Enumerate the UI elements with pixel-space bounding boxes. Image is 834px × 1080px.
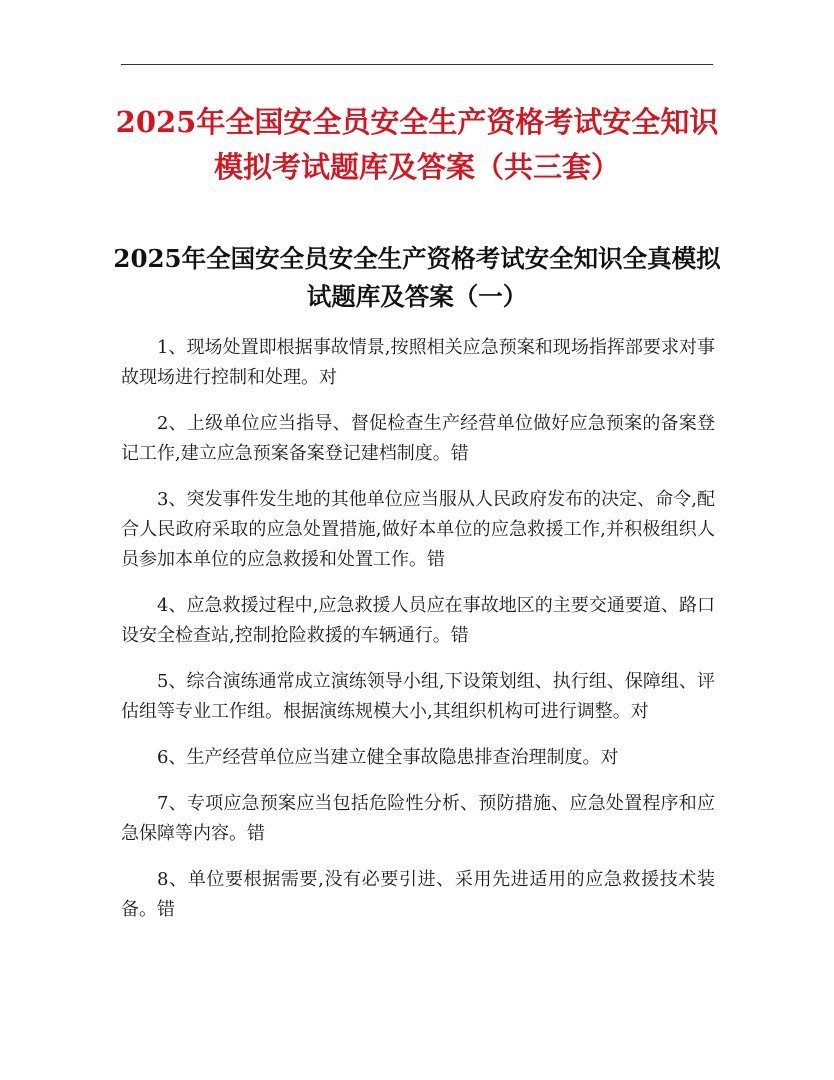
question-answer: 对 bbox=[631, 701, 649, 722]
question-text: 生产经营单位应当建立健全事故隐患排查治理制度。 bbox=[186, 747, 600, 768]
question-item-7: 7、专项应急预案应当包括危险性分析、预防措施、应急处置程序和应急保障等内容。错 bbox=[121, 789, 715, 849]
question-item-1: 1、现场处置即根据事故情景,按照相关应急预案和现场指挥部要求对事故现场进行控制和… bbox=[121, 333, 715, 393]
question-number: 1、 bbox=[157, 337, 187, 358]
question-answer: 对 bbox=[600, 747, 618, 768]
question-item-2: 2、上级单位应当指导、督促检查生产经营单位做好应急预案的备案登记工作,建立应急预… bbox=[121, 409, 715, 469]
question-answer: 错 bbox=[451, 625, 469, 646]
question-item-8: 8、单位要根据需要,没有必要引进、采用先进适用的应急救援技术装备。错 bbox=[121, 865, 715, 925]
document-title: 2025年全国安全员安全生产资格考试安全知识模拟考试题库及答案（共三套） bbox=[110, 100, 724, 190]
question-text: 综合演练通常成立演练领导小组,下设策划组、执行组、保障组、评估组等专业工作组。根… bbox=[121, 671, 715, 722]
question-answer: 错 bbox=[247, 823, 265, 844]
question-list: 1、现场处置即根据事故情景,按照相关应急预案和现场指挥部要求对事故现场进行控制和… bbox=[121, 333, 715, 941]
question-text: 上级单位应当指导、督促检查生产经营单位做好应急预案的备案登记工作,建立应急预案备… bbox=[121, 413, 715, 464]
question-number: 7、 bbox=[157, 793, 187, 814]
question-number: 6、 bbox=[157, 747, 186, 768]
question-answer: 错 bbox=[157, 899, 175, 920]
question-item-4: 4、应急救援过程中,应急救援人员应在事故地区的主要交通要道、路口设安全检查站,控… bbox=[121, 591, 715, 651]
question-item-3: 3、突发事件发生地的其他单位应当服从人民政府发布的决定、命令,配合人民政府采取的… bbox=[121, 485, 715, 575]
section-title: 2025年全国安全员安全生产资格考试安全知识全真模拟试题库及答案（一） bbox=[110, 240, 724, 316]
question-number: 5、 bbox=[157, 671, 187, 692]
question-answer: 错 bbox=[451, 443, 469, 464]
question-item-5: 5、综合演练通常成立演练领导小组,下设策划组、执行组、保障组、评估组等专业工作组… bbox=[121, 667, 715, 727]
question-number: 2、 bbox=[157, 413, 187, 434]
question-text: 应急救援过程中,应急救援人员应在事故地区的主要交通要道、路口设安全检查站,控制抢… bbox=[121, 595, 715, 646]
question-text: 现场处置即根据事故情景,按照相关应急预案和现场指挥部要求对事故现场进行控制和处理… bbox=[121, 337, 715, 388]
header-divider bbox=[121, 64, 713, 65]
question-answer: 错 bbox=[427, 549, 445, 570]
question-text: 专项应急预案应当包括危险性分析、预防措施、应急处置程序和应急保障等内容。 bbox=[121, 793, 715, 844]
question-item-6: 6、生产经营单位应当建立健全事故隐患排查治理制度。对 bbox=[121, 743, 715, 773]
question-text: 突发事件发生地的其他单位应当服从人民政府发布的决定、命令,配合人民政府采取的应急… bbox=[121, 489, 715, 570]
document-page: 2025年全国安全员安全生产资格考试安全知识模拟考试题库及答案（共三套） 202… bbox=[0, 0, 834, 1080]
question-answer: 对 bbox=[319, 367, 337, 388]
question-number: 3、 bbox=[157, 489, 187, 510]
question-number: 8、 bbox=[157, 869, 188, 890]
question-text: 单位要根据需要,没有必要引进、采用先进适用的应急救援技术装备。 bbox=[121, 869, 715, 920]
question-number: 4、 bbox=[157, 595, 187, 616]
